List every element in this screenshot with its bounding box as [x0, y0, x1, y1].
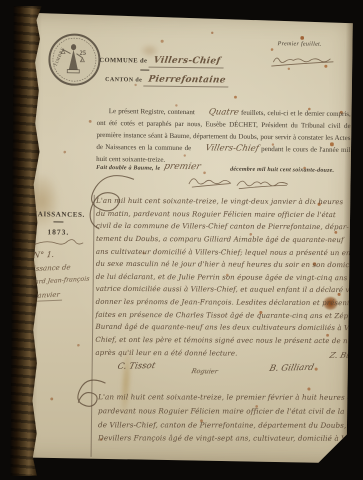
header-dash [140, 69, 149, 70]
scanned-register-document: 25 c TIMBRE COMMUNE de Villers-Chief CAN… [0, 0, 363, 480]
register-page: 25 c TIMBRE COMMUNE de Villers-Chief CAN… [15, 12, 354, 464]
stamp-denomination: 25 [79, 50, 86, 57]
margin-year-flourish [31, 239, 85, 250]
clerk-signature [186, 172, 234, 191]
act-number: N° 1. [33, 250, 55, 260]
register-preamble: Le présent Registre, contenant Quatre fe… [96, 105, 351, 169]
birth-act-1: L'an mil huit cent soixante-treize, le v… [95, 197, 348, 363]
issuance-date-handwritten: premier [163, 162, 202, 172]
signature-mayor: Roguier [191, 367, 219, 375]
act1-line: après qu'il leur en a été donné lecture. [95, 349, 347, 363]
commune-label: COMMUNE de [99, 57, 147, 65]
canton-handwritten-value: Pierrefontaine [143, 75, 230, 88]
preamble-part1: Le présent Registre, contenant [109, 107, 195, 116]
act2-line: Devillers François âgé de vingt-sept ans… [98, 434, 350, 448]
commune-name-handwritten: Villers-Chief [194, 148, 259, 149]
issuance-printed-end: décembre mil huit cent soixante-douze. [230, 167, 334, 174]
act2-line: pardevant nous Roguier Félicien maire of… [98, 406, 350, 420]
signature-tissot: C. Tissot [116, 361, 156, 372]
canton-line: CANTON de Pierrefontaine [105, 74, 229, 88]
folio-label: Premier feuillet. [278, 41, 322, 48]
president-signature [234, 176, 292, 193]
folio-paraph-signature [269, 52, 339, 71]
act2-line: de Villers-Chief, canton de Pierrefontai… [98, 420, 350, 434]
stamp-denomination-unit: c [81, 58, 83, 63]
commune-line: COMMUNE de Villers-Chief [99, 55, 224, 69]
act2-line: L'an mil huit cent soixante-treize, le p… [98, 392, 350, 406]
sheet-count-handwritten: Quatre [197, 112, 239, 113]
witness-signature: Z. Burand [329, 351, 363, 360]
signature-gilliard: B. Gilliard [268, 363, 315, 374]
margin-title-rule [53, 221, 63, 222]
timbre-stamp-icon: 25 c TIMBRE [46, 31, 103, 88]
commune-handwritten-value: Villers-Chief [148, 56, 225, 69]
birth-act-2: L'an mil huit cent soixante-treize, le p… [98, 392, 350, 448]
canton-label: CANTON de [105, 77, 142, 83]
